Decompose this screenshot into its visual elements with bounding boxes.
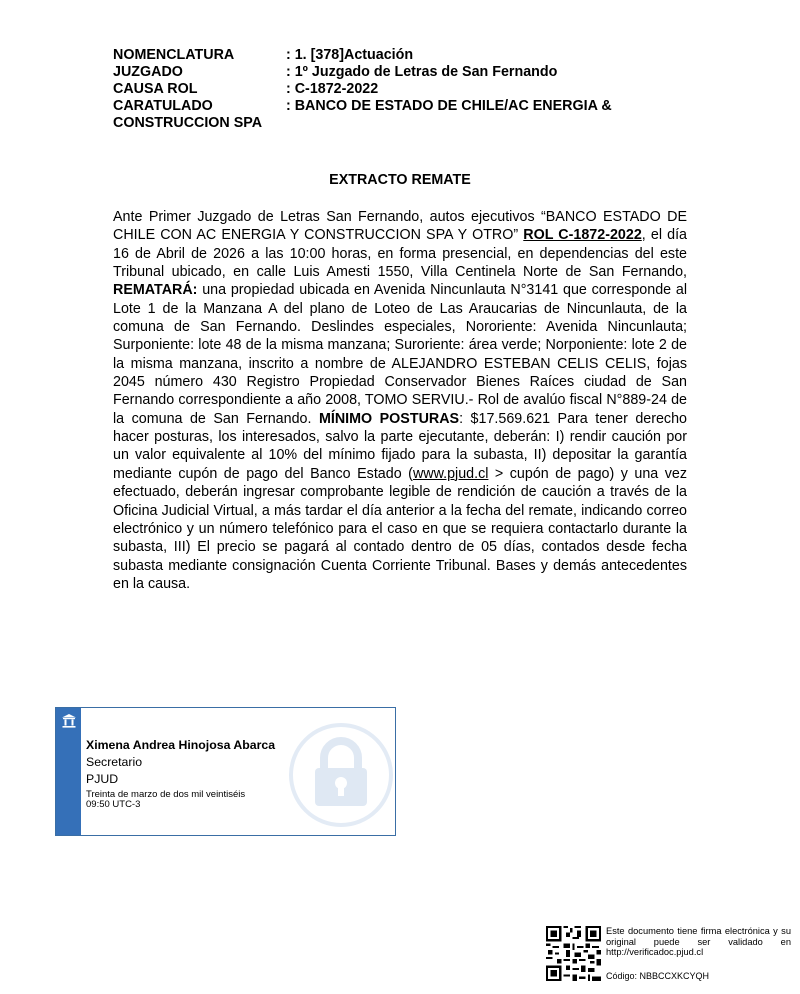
rematara-label: REMATARÁ: — [113, 282, 197, 298]
pjud-link[interactable]: www.pjud.cl — [413, 466, 488, 482]
header-label: CARATULADO — [113, 98, 286, 115]
header-row-juzgado: JUZGADO : 1º Juzgado de Letras de San Fe… — [113, 64, 612, 81]
header-label: CAUSA ROL — [113, 81, 286, 98]
electronic-signature-box: Ximena Andrea Hinojosa Abarca Secretario… — [55, 707, 396, 836]
document-title: EXTRACTO REMATE — [0, 172, 800, 188]
header-label: JUZGADO — [113, 64, 286, 81]
document-header: NOMENCLATURA : 1. [378]Actuación JUZGADO… — [113, 47, 612, 132]
lock-icon — [286, 720, 396, 830]
rol-reference: ROL C-1872-2022 — [523, 227, 642, 243]
minimo-posturas-label: MÍNIMO POSTURAS — [319, 411, 459, 427]
verification-code: Código: NBBCCXKCYQH — [606, 971, 709, 981]
bank-icon — [61, 713, 77, 729]
signer-role: Secretario — [86, 755, 142, 769]
header-row-nomenclatura: NOMENCLATURA : 1. [378]Actuación — [113, 47, 612, 64]
document-body: Ante Primer Juzgado de Letras San Fernan… — [113, 208, 687, 593]
signature-time: 09:50 UTC-3 — [86, 800, 245, 810]
header-row-caratulado: CARATULADO : BANCO DE ESTADO DE CHILE/AC… — [113, 98, 612, 115]
header-value: : C-1872-2022 — [286, 81, 378, 98]
verification-block: Este documento tiene firma electrónica y… — [546, 926, 796, 986]
header-value: : 1º Juzgado de Letras de San Fernando — [286, 64, 557, 81]
qr-code-icon[interactable] — [546, 926, 601, 981]
header-value: : 1. [378]Actuación — [286, 47, 413, 64]
signature-date: Treinta de marzo de dos mil veintiséis 0… — [86, 790, 245, 810]
header-value: : BANCO DE ESTADO DE CHILE/AC ENERGIA & — [286, 98, 612, 115]
signer-organization: PJUD — [86, 772, 118, 786]
header-label: NOMENCLATURA — [113, 47, 286, 64]
verification-text: Este documento tiene firma electrónica y… — [606, 926, 791, 958]
body-text: una propiedad ubicada en Avenida Nincunl… — [113, 282, 687, 426]
header-row-causa-rol: CAUSA ROL : C-1872-2022 — [113, 81, 612, 98]
header-continuation: CONSTRUCCION SPA — [113, 115, 612, 132]
signer-name: Ximena Andrea Hinojosa Abarca — [86, 738, 275, 752]
body-text: > cupón de pago) y una vez efectuado, de… — [113, 466, 687, 592]
